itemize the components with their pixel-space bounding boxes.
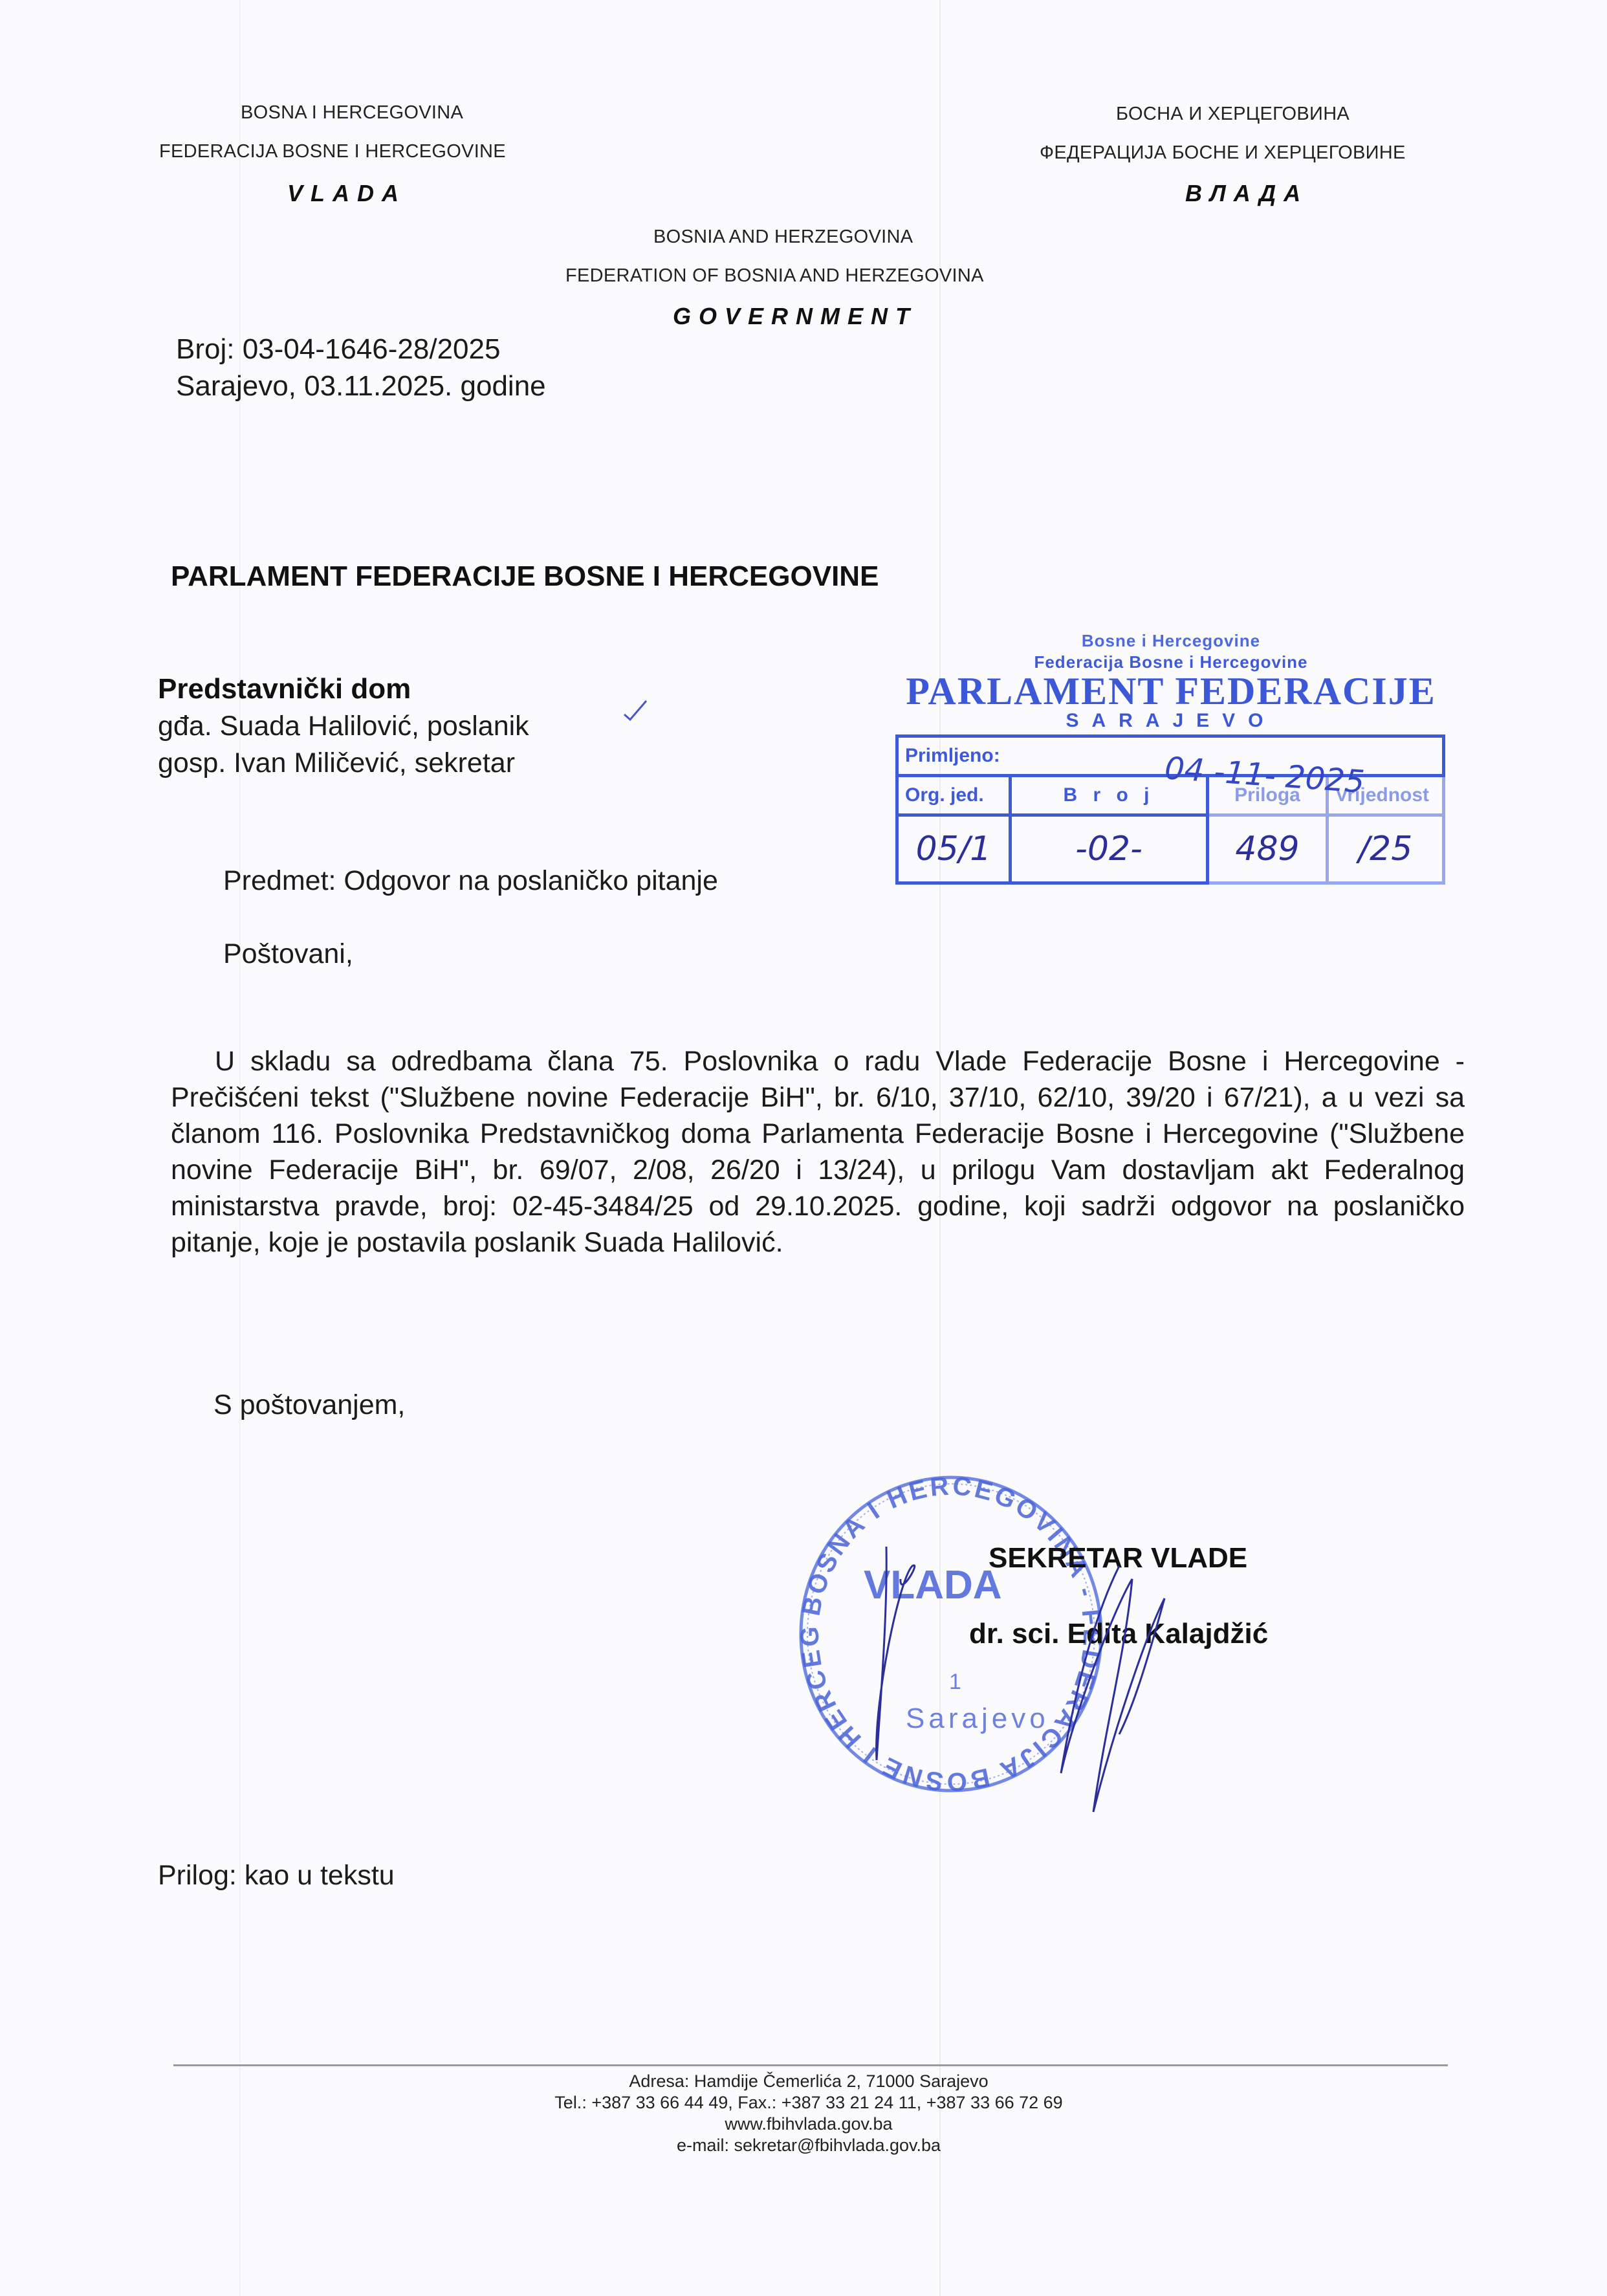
letterhead-center-title: GOVERNMENT [673, 303, 917, 330]
letterhead-center-line1: BOSNIA AND HERZEGOVINA [653, 226, 913, 248]
attachment-note: Prilog: kao u tekstu [158, 1857, 395, 1893]
letterhead-left-line2: FEDERACIJA BOSNE I HERCEGOVINE [159, 141, 506, 162]
letterhead-left-title: VLADA [287, 180, 406, 207]
reference-number: Broj: 03-04-1646-28/2025 [176, 331, 500, 368]
letterhead-center-line2: FEDERATION OF BOSNIA AND HERZEGOVINA [565, 265, 984, 287]
stamp-header-org: Org. jed. [897, 776, 1011, 815]
svg-text:VLADA: VLADA [864, 1563, 1002, 1607]
subject-line: Predmet: Odgovor na poslaničko pitanje [223, 863, 718, 899]
footer-email[interactable]: e-mail: sekretar@fbihvlada.gov.ba [453, 2135, 1164, 2156]
body-paragraph: U skladu sa odredbama člana 75. Poslovni… [171, 1043, 1465, 1261]
stamp-line3: PARLAMENT FEDERACIJE [893, 672, 1449, 710]
recipient-house: Predstavnički dom [158, 673, 411, 705]
checkmark-icon [622, 699, 648, 722]
letterhead-right-line2: ФЕДЕРАЦИЈА БОСНЕ И ХЕРЦЕГОВИНЕ [1040, 142, 1406, 164]
reference-place-date: Sarajevo, 03.11.2025. godine [176, 368, 546, 404]
letterhead-right-line1: БОСНА И ХЕРЦЕГОВИНА [1116, 104, 1350, 125]
letterhead-left-line1: BOSNA I HERCEGOVINA [241, 102, 463, 124]
stamp-line1: Bosne i Hercegovine [893, 631, 1449, 651]
closing: S poštovanjem, [213, 1387, 405, 1423]
recipient-person2: gosp. Ivan Miličević, sekretar [158, 745, 515, 781]
signatory-name: dr. sci. Edita Kalajdžić [969, 1618, 1268, 1650]
footer-address: Adresa: Hamdije Čemerlića 2, 71000 Saraj… [453, 2071, 1164, 2092]
svg-text:Sarajevo: Sarajevo [906, 1703, 1049, 1734]
recipient-institution: PARLAMENT FEDERACIJE BOSNE I HERCEGOVINE [171, 560, 879, 593]
recipient-person1: gđa. Suada Halilović, poslanik [158, 708, 529, 744]
stamp-value-vrijednost: /25 [1328, 815, 1444, 883]
stamp-line4: SARAJEVO [893, 710, 1449, 732]
footer-website[interactable]: www.fbihvlada.gov.ba [453, 2114, 1164, 2135]
signatory-title: SEKRETAR VLADE [989, 1542, 1247, 1574]
footer: Adresa: Hamdije Čemerlića 2, 71000 Saraj… [453, 2071, 1164, 2156]
svg-text:1: 1 [949, 1670, 961, 1694]
footer-divider [173, 2064, 1448, 2066]
footer-phones: Tel.: +387 33 66 44 49, Fax.: +387 33 21… [453, 2092, 1164, 2114]
salutation: Poštovani, [223, 936, 353, 972]
stamp-value-org: 05/1 [897, 815, 1011, 883]
stamp-value-broj: -02- [1011, 815, 1208, 883]
received-stamp: Bosne i Hercegovine Federacija Bosne i H… [893, 631, 1449, 885]
letterhead-right-title: ВЛАДА [1185, 180, 1308, 207]
stamp-value-priloga: 489 [1208, 815, 1328, 883]
